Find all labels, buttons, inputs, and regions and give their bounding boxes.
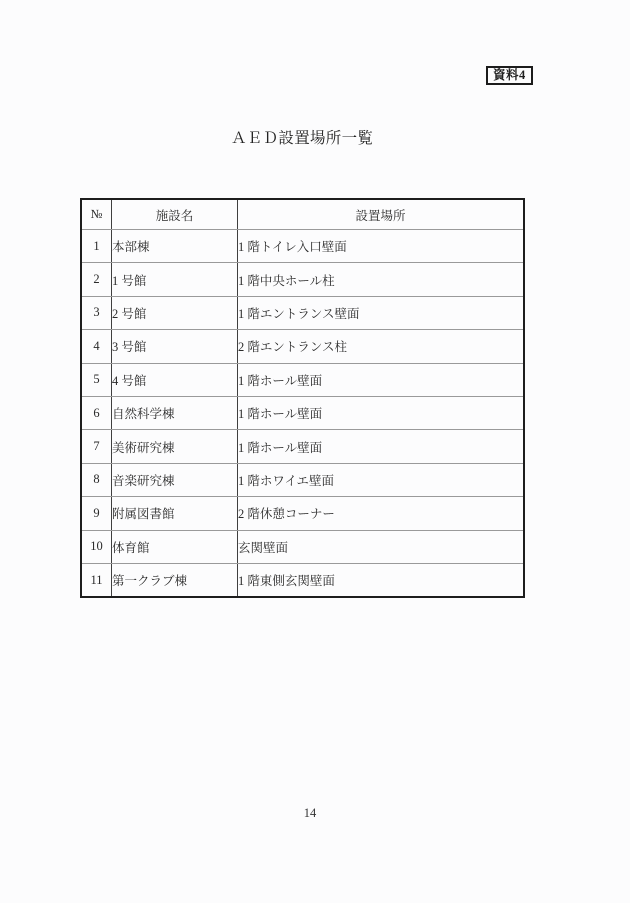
cell-facility: 4 号館 — [112, 363, 238, 396]
cell-location: 1 階ホール壁面 — [238, 430, 525, 463]
cell-no: 8 — [81, 463, 112, 496]
cell-location: 1 階ホール壁面 — [238, 396, 525, 429]
header-cell-location: 設置場所 — [238, 199, 525, 230]
cell-no: 1 — [81, 230, 112, 263]
cell-location: 2 階エントランス柱 — [238, 330, 525, 363]
cell-no: 5 — [81, 363, 112, 396]
cell-no: 11 — [81, 563, 112, 597]
table-row: 54 号館1 階ホール壁面 — [81, 363, 524, 396]
table-row: 32 号館1 階エントランス壁面 — [81, 296, 524, 329]
cell-location: 1 階ホール壁面 — [238, 363, 525, 396]
doc-label-box: 資料4 — [486, 66, 533, 85]
table-row: 1本部棟1 階トイレ入口壁面 — [81, 230, 524, 263]
header-cell-no: № — [81, 199, 112, 230]
page-title: ＡＥＤ設置場所一覧 — [231, 126, 373, 148]
cell-location: 1 階エントランス壁面 — [238, 296, 525, 329]
cell-facility: 美術研究棟 — [112, 430, 238, 463]
cell-no: 6 — [81, 396, 112, 429]
page-number: 14 — [0, 806, 620, 821]
table-row: 8音楽研究棟1 階ホワイエ壁面 — [81, 463, 524, 496]
table-row: 7美術研究棟1 階ホール壁面 — [81, 430, 524, 463]
cell-facility: 2 号館 — [112, 296, 238, 329]
table-row: 6自然科学棟1 階ホール壁面 — [81, 396, 524, 429]
header-row: № 施設名 設置場所 — [81, 199, 524, 230]
aed-table-body: 1本部棟1 階トイレ入口壁面21 号館1 階中央ホール柱32 号館1 階エントラ… — [81, 230, 524, 598]
cell-no: 4 — [81, 330, 112, 363]
cell-no: 2 — [81, 263, 112, 296]
cell-location: 1 階トイレ入口壁面 — [238, 230, 525, 263]
cell-no: 7 — [81, 430, 112, 463]
cell-location: 2 階休憩コーナー — [238, 497, 525, 530]
table-row: 11第一クラブ棟1 階東側玄関壁面 — [81, 563, 524, 597]
cell-facility: 音楽研究棟 — [112, 463, 238, 496]
cell-no: 9 — [81, 497, 112, 530]
cell-facility: 体育館 — [112, 530, 238, 563]
doc-label-text: 資料4 — [493, 68, 526, 82]
table-row: 43 号館2 階エントランス柱 — [81, 330, 524, 363]
cell-facility: 附属図書館 — [112, 497, 238, 530]
cell-location: 1 階ホワイエ壁面 — [238, 463, 525, 496]
aed-locations-table: № 施設名 設置場所 1本部棟1 階トイレ入口壁面21 号館1 階中央ホール柱3… — [80, 198, 525, 598]
table-row: 10体育館玄関壁面 — [81, 530, 524, 563]
cell-facility: 第一クラブ棟 — [112, 563, 238, 597]
cell-facility: 本部棟 — [112, 230, 238, 263]
cell-facility: 1 号館 — [112, 263, 238, 296]
cell-location: 1 階東側玄関壁面 — [238, 563, 525, 597]
header-cell-facility: 施設名 — [112, 199, 238, 230]
table-row: 21 号館1 階中央ホール柱 — [81, 263, 524, 296]
cell-location: 玄関壁面 — [238, 530, 525, 563]
cell-facility: 3 号館 — [112, 330, 238, 363]
cell-no: 3 — [81, 296, 112, 329]
cell-no: 10 — [81, 530, 112, 563]
cell-location: 1 階中央ホール柱 — [238, 263, 525, 296]
cell-facility: 自然科学棟 — [112, 396, 238, 429]
aed-table-head: № 施設名 設置場所 — [81, 199, 524, 230]
document-page: 資料4 ＡＥＤ設置場所一覧 № 施設名 設置場所 1本部棟1 階トイレ入口壁面2… — [0, 0, 630, 903]
table-row: 9附属図書館2 階休憩コーナー — [81, 497, 524, 530]
